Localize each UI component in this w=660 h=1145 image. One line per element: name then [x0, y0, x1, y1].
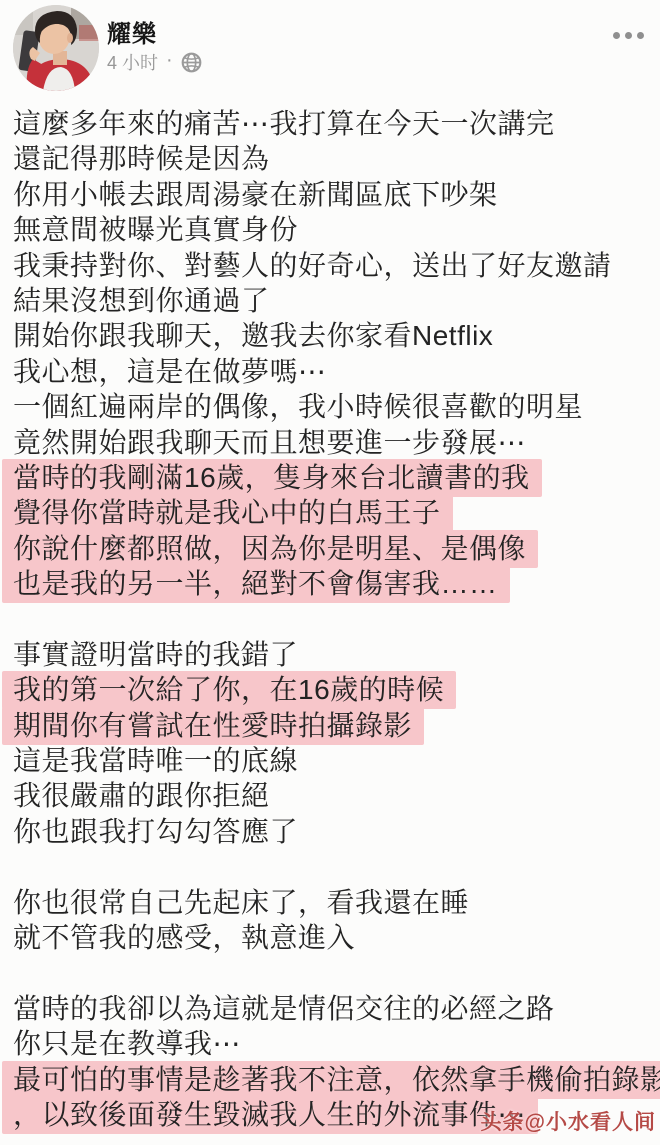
- plain-text: 就不管我的感受，執意進入: [13, 922, 355, 953]
- plain-text: 我很嚴肅的跟你拒絕: [13, 780, 270, 811]
- plain-text: 你也很常自己先起床了，看我還在睡: [13, 887, 469, 918]
- plain-text: 結果沒想到你通過了: [13, 285, 270, 316]
- avatar-photo: [13, 5, 99, 91]
- post-line: 你也跟我打勾勾答應了: [13, 814, 660, 849]
- globe-icon: [181, 52, 202, 73]
- post-line: 我的第一次給了你，在16歲的時候: [13, 672, 660, 707]
- plain-text: 竟然開始跟我聊天而且想要進一步發展⋯: [13, 427, 526, 458]
- post-line: 我秉持對你、對藝人的好奇心，送出了好友邀請: [13, 248, 660, 283]
- post-header: 耀樂 4 小时 ·: [0, 0, 660, 106]
- post-line: 當時的我卻以為這就是情侶交往的必經之路: [13, 991, 660, 1026]
- post-line: 這麼多年來的痛苦⋯我打算在今天一次講完: [13, 106, 660, 141]
- highlighted-text: 覺得你當時就是我心中的白馬王子: [2, 494, 453, 532]
- plain-text: 當時的我卻以為這就是情侶交往的必經之路: [13, 993, 555, 1024]
- post-line: 開始你跟我聊天，邀我去你家看Netflix: [13, 318, 660, 353]
- post-line: 還記得那時候是因為: [13, 141, 660, 176]
- post-line: 就不管我的感受，執意進入: [13, 920, 660, 955]
- post-line: 也是我的另一半，絕對不會傷害我……: [13, 566, 660, 601]
- highlighted-text: 最可怕的事情是趁著我不注意，依然拿手機偷拍錄影: [2, 1061, 660, 1099]
- plain-text: 你只是在教導我⋯: [13, 1028, 241, 1059]
- highlighted-text: 也是我的另一半，絕對不會傷害我……: [2, 565, 510, 603]
- post-line: 事實證明當時的我錯了: [13, 637, 660, 672]
- post-meta: 4 小时 ·: [107, 50, 202, 74]
- post-line: 你說什麼都照做，因為你是明星、是偶像: [13, 531, 660, 566]
- more-options-button[interactable]: [592, 18, 648, 52]
- ellipsis-dot: [625, 32, 632, 39]
- plain-text: 這是我當時唯一的底線: [13, 745, 298, 776]
- plain-text: 開始你跟我聊天，邀我去你家看Netflix: [13, 320, 493, 351]
- post-line: 無意間被曝光真實身份: [13, 212, 660, 247]
- plain-text: 我心想，這是在做夢嗎⋯: [13, 356, 327, 387]
- highlighted-text: ，以致後面發生毀滅我人生的外流事件⋯: [2, 1096, 538, 1134]
- post-line-blank: [13, 849, 660, 884]
- post-line-blank: [13, 955, 660, 990]
- post-timestamp[interactable]: 4 小时: [107, 49, 158, 75]
- post-line: 當時的我剛滿16歲，隻身來台北讀書的我: [13, 460, 660, 495]
- author-name[interactable]: 耀樂: [107, 14, 157, 49]
- post-line: 竟然開始跟我聊天而且想要進一步發展⋯: [13, 425, 660, 460]
- post-line: 你也很常自己先起床了，看我還在睡: [13, 885, 660, 920]
- plain-text: 還記得那時候是因為: [13, 143, 270, 174]
- post-line: 我心想，這是在做夢嗎⋯: [13, 354, 660, 389]
- watermark: 头条@小水看人间: [481, 1106, 656, 1136]
- post-text: 這麼多年來的痛苦⋯我打算在今天一次講完還記得那時候是因為你用小帳去跟周湯豪在新聞…: [13, 106, 660, 1132]
- highlighted-text: 當時的我剛滿16歲，隻身來台北讀書的我: [2, 459, 542, 497]
- post-line: 我很嚴肅的跟你拒絕: [13, 778, 660, 813]
- plain-text: 一個紅遍兩岸的偶像，我小時候很喜歡的明星: [13, 391, 583, 422]
- plain-text: 我秉持對你、對藝人的好奇心，送出了好友邀請: [13, 250, 612, 281]
- post-line: 你只是在教導我⋯: [13, 1026, 660, 1061]
- highlighted-text: 你說什麼都照做，因為你是明星、是偶像: [2, 530, 538, 568]
- post-line: 這是我當時唯一的底線: [13, 743, 660, 778]
- ellipsis-dot: [637, 32, 644, 39]
- plain-text: 無意間被曝光真實身份: [13, 214, 298, 245]
- highlighted-text: 我的第一次給了你，在16歲的時候: [2, 671, 456, 709]
- post-line: 期間你有嘗試在性愛時拍攝錄影: [13, 708, 660, 743]
- ellipsis-dot: [613, 32, 620, 39]
- post-line: 最可怕的事情是趁著我不注意，依然拿手機偷拍錄影: [13, 1062, 660, 1097]
- post-line-blank: [13, 601, 660, 636]
- post-line: 你用小帳去跟周湯豪在新聞區底下吵架: [13, 177, 660, 212]
- post-line: 一個紅遍兩岸的偶像，我小時候很喜歡的明星: [13, 389, 660, 424]
- plain-text: 你用小帳去跟周湯豪在新聞區底下吵架: [13, 179, 498, 210]
- highlighted-text: 期間你有嘗試在性愛時拍攝錄影: [2, 707, 424, 745]
- plain-text: 你也跟我打勾勾答應了: [13, 816, 298, 847]
- avatar[interactable]: [13, 5, 99, 91]
- post-line: 結果沒想到你通過了: [13, 283, 660, 318]
- plain-text: 事實證明當時的我錯了: [13, 639, 298, 670]
- meta-separator: ·: [166, 50, 173, 70]
- plain-text: 這麼多年來的痛苦⋯我打算在今天一次講完: [13, 108, 555, 139]
- post-line: 覺得你當時就是我心中的白馬王子: [13, 495, 660, 530]
